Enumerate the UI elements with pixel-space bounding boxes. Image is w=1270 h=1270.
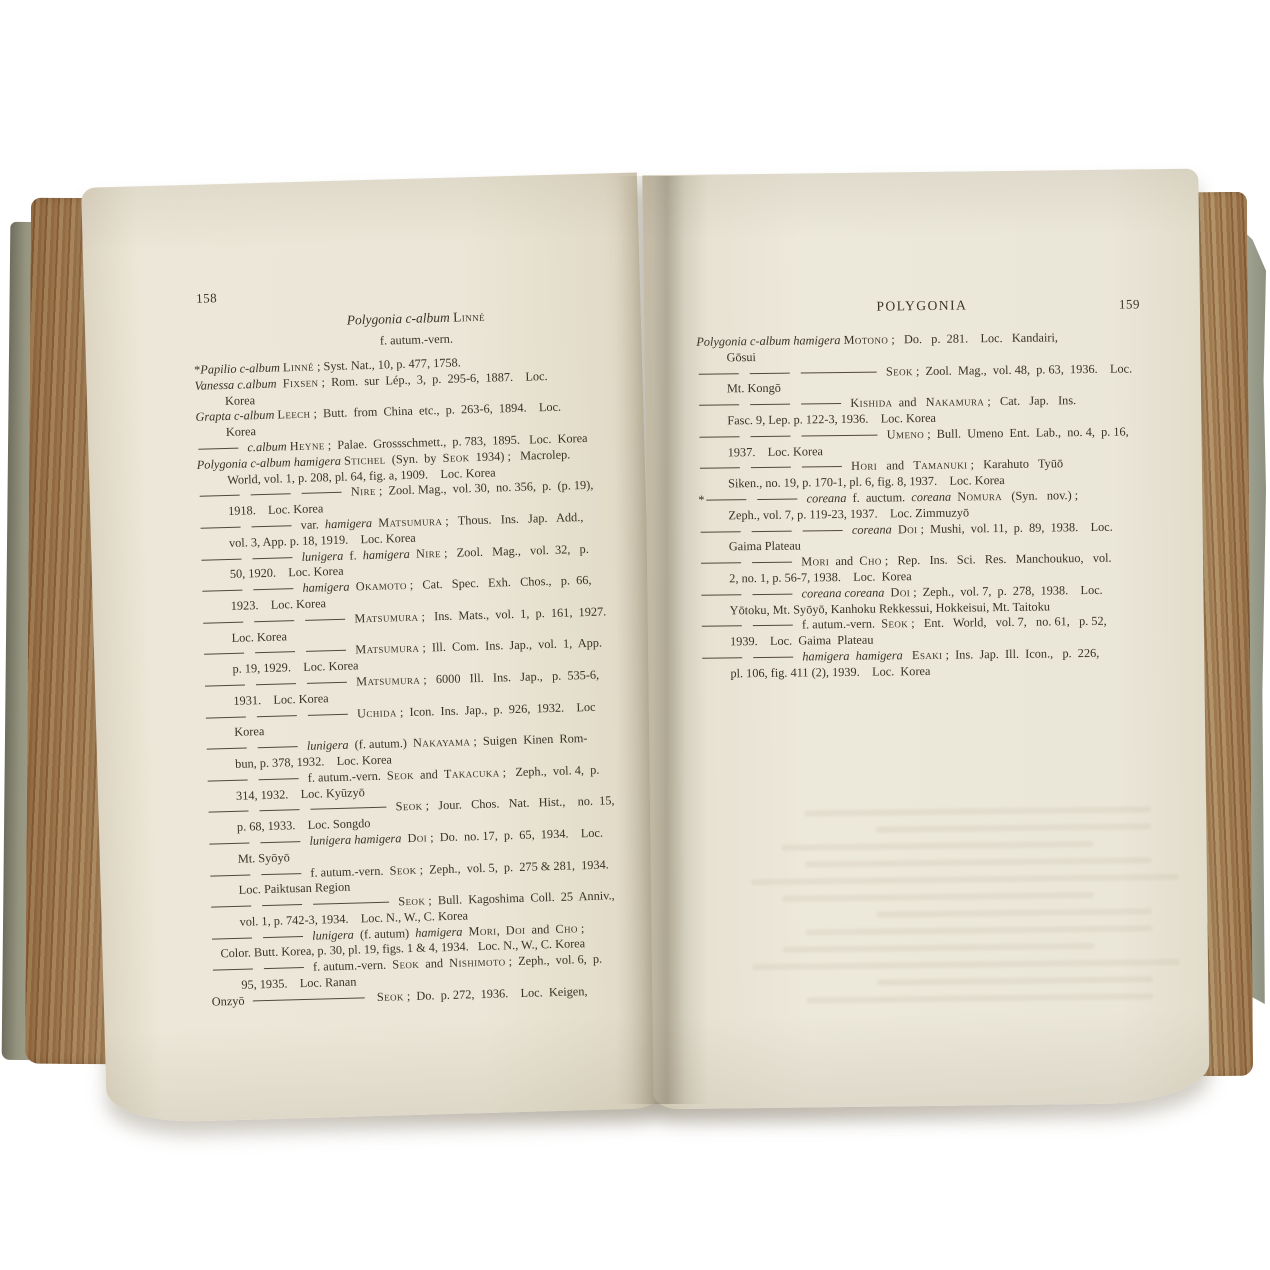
show-through-line	[875, 823, 1152, 832]
right-page: POLYGONIA 159 Polygonia c-album hamigera…	[642, 169, 1209, 1110]
show-through-text	[750, 795, 1200, 1130]
running-header: POLYGONIA	[696, 295, 1148, 316]
left-page-text: 158 Polygonia c-album Linné f. autum.-ve…	[192, 278, 638, 290]
show-through-line	[782, 892, 1094, 902]
show-through-line	[877, 976, 1154, 985]
right-page-text: POLYGONIA 159 Polygonia c-album hamigera…	[696, 275, 1148, 281]
show-through-line	[751, 874, 1179, 885]
show-through-line	[804, 857, 1152, 867]
right-page-entries: Polygonia c-album hamigera Motono ; Do. …	[696, 329, 1152, 682]
book-photo: 158 Polygonia c-album Linné f. autum.-ve…	[0, 0, 1270, 1270]
page-number-left: 158	[196, 290, 217, 306]
page-number-right: 159	[1119, 296, 1140, 312]
show-through-line	[782, 841, 1094, 851]
show-through-line	[806, 993, 1154, 1003]
left-page: 158 Polygonia c-album Linné f. autum.-ve…	[81, 172, 663, 1123]
show-through-line	[783, 943, 1095, 953]
left-page-entries: *Papilio c-album Linné ; Syst. Nat., 10,…	[194, 350, 658, 1010]
show-through-line	[804, 806, 1152, 816]
show-through-line	[752, 959, 1180, 970]
show-through-line	[805, 925, 1153, 935]
show-through-line	[876, 908, 1153, 917]
